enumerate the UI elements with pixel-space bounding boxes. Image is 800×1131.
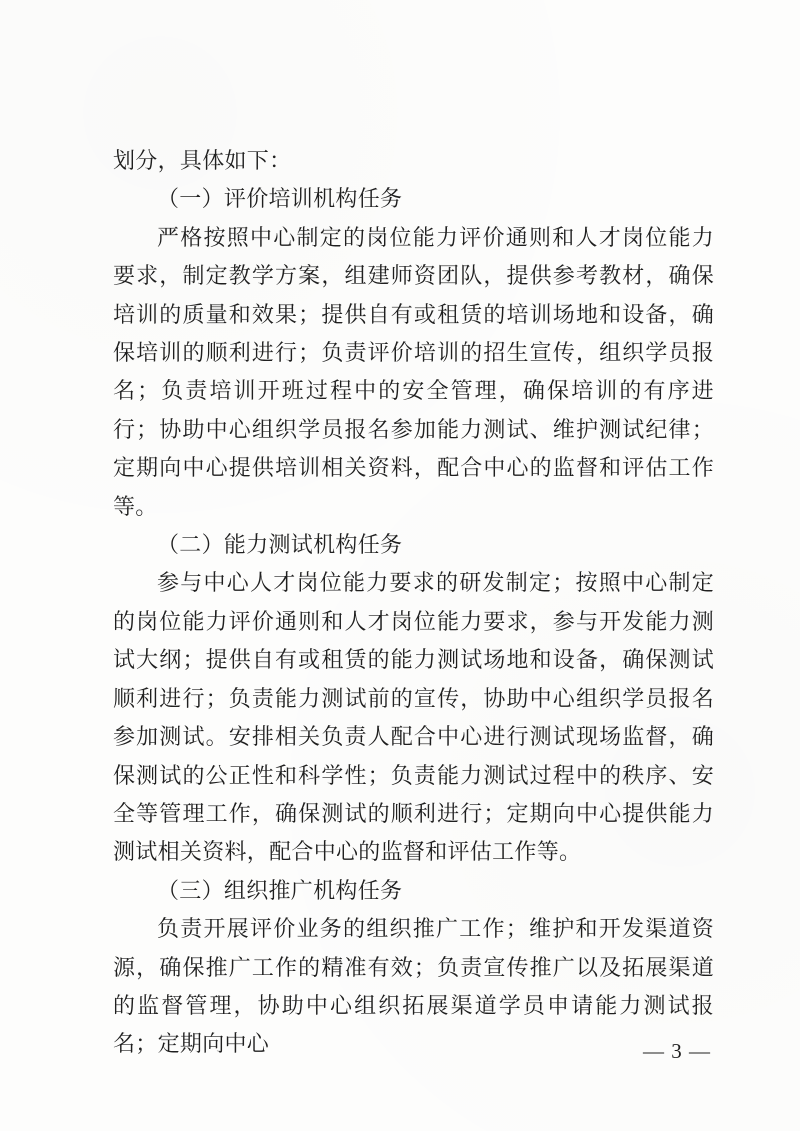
section-body-3: 负责开展评价业务的组织推广工作；维护和开发渠道资源，确保推广工作的精准有效；负责… (113, 910, 714, 1064)
section-heading-2: （二）能力测试机构任务 (113, 526, 714, 564)
section-body-1: 严格按照中心制定的岗位能力评价通则和人才岗位能力要求，制定教学方案，组建师资团队… (113, 219, 714, 526)
page-number: — 3 — (643, 1039, 711, 1063)
paragraph-continuation: 划分，具体如下： (113, 142, 714, 180)
section-heading-3: （三）组织推广机构任务 (113, 872, 714, 910)
scanned-document-page: 划分，具体如下： （一）评价培训机构任务 严格按照中心制定的岗位能力评价通则和人… (0, 0, 800, 1131)
section-heading-1: （一）评价培训机构任务 (113, 180, 714, 218)
section-body-2: 参与中心人才岗位能力要求的研发制定；按照中心制定的岗位能力评价通则和人才岗位能力… (113, 564, 714, 871)
document-body-text: 划分，具体如下： （一）评价培训机构任务 严格按照中心制定的岗位能力评价通则和人… (113, 142, 714, 1064)
